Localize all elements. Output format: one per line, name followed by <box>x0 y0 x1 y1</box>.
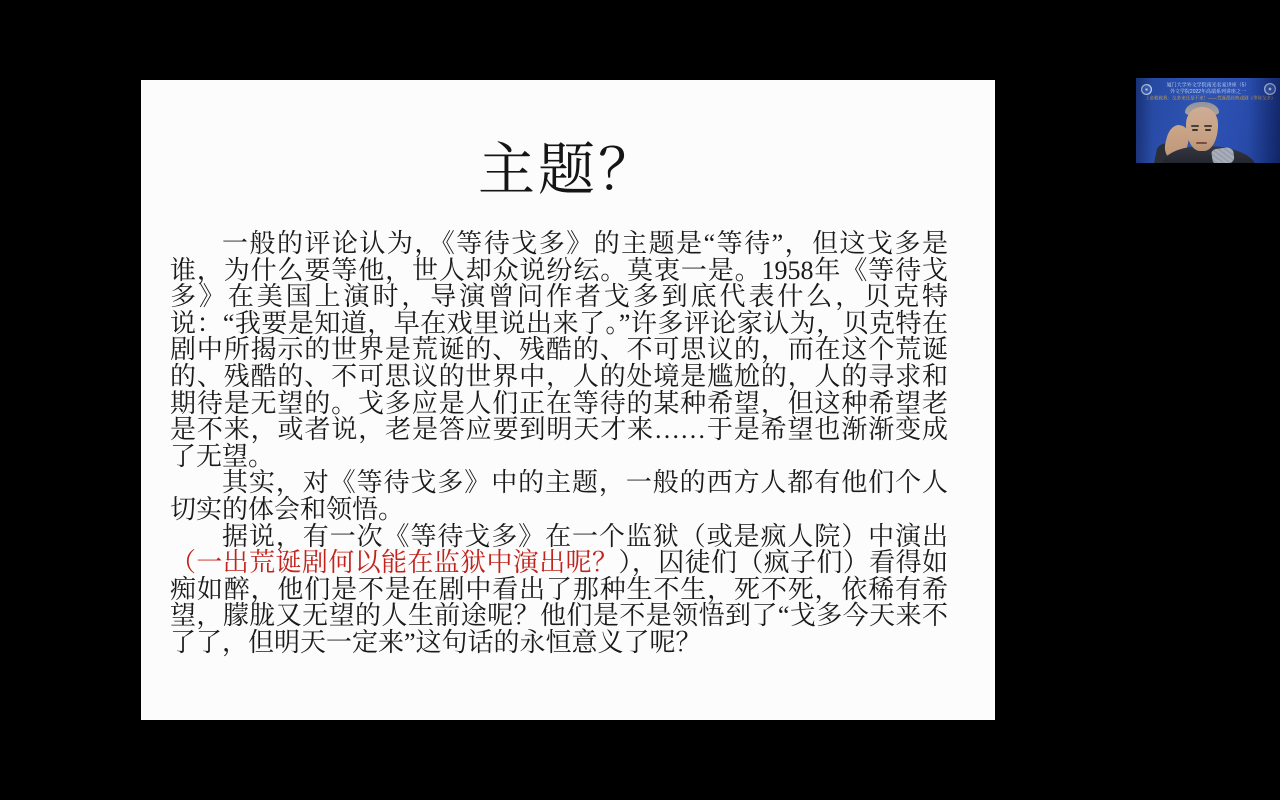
speaker-video-screen: 厦门大学外文学院南光名家讲座（5） 外文学院2022年高端系列讲座之一 上帝救救… <box>1136 78 1280 163</box>
video-frame: 主题？ 一般的评论认为，《等待戈多》的主题是“等待”，但这戈多是谁，为什么要等他… <box>0 0 1280 800</box>
speaker-eye <box>1192 129 1198 131</box>
speaker-eyebrow <box>1191 125 1199 127</box>
slide-body-text: 一般的评论认为，《等待戈多》的主题是“等待”，但这戈多是谁，为什么要等他，世人却… <box>170 231 948 657</box>
speaker-scarf <box>1211 147 1235 163</box>
slide-paragraph-red-highlight: （一出荒诞剧何以能在监狱中演出呢？ <box>170 548 618 577</box>
speaker-eye <box>1205 129 1211 131</box>
speaker-eyebrow <box>1204 125 1212 127</box>
slide-paragraph: 据说，有一次《等待戈多》在一个监狱（或是疯人院）中演出（一出荒诞剧何以能在监狱中… <box>170 524 948 657</box>
slide-title: 主题？ <box>141 124 995 206</box>
slide-paragraph: 其实，对《等待戈多》中的主题，一般的西方人都有他们个人切实的体会和领悟。 <box>170 470 948 523</box>
slide-paragraph-segment: 据说，有一次《等待戈多》在一个监狱（或是疯人院）中演出 <box>222 522 948 551</box>
slide-paragraph: 一般的评论认为，《等待戈多》的主题是“等待”，但这戈多是谁，为什么要等他，世人却… <box>170 231 948 470</box>
speaker-face <box>1186 107 1218 151</box>
speaker-video-thumbnail[interactable]: 厦门大学外文学院南光名家讲座（5） 外文学院2022年高端系列讲座之一 上帝救救… <box>1136 76 1280 165</box>
speaker-figure <box>1136 78 1280 163</box>
presentation-slide: 主题？ 一般的评论认为，《等待戈多》的主题是“等待”，但这戈多是谁，为什么要等他… <box>141 80 995 720</box>
speaker-mouth <box>1196 142 1207 144</box>
